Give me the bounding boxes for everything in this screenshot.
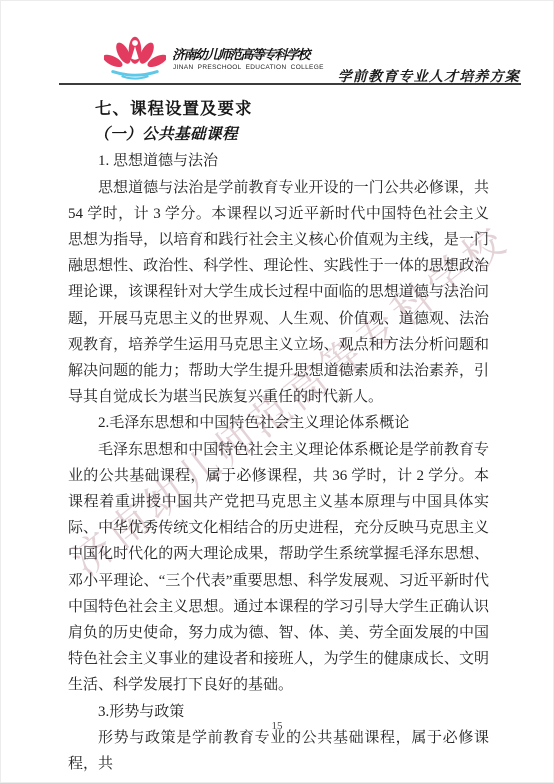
course-description-1: 思想道德与法治是学前教育专业开设的一门公共必修课，共 54 学时，计 3 学分。…: [68, 175, 489, 411]
document-page: 济南幼儿师范高等专科学校 济南幼儿师范高等专科学校 JINAN PRESCHOO…: [0, 0, 554, 783]
header-divider-line: [59, 83, 521, 85]
course-description-2: 毛泽东思想和中国特色社会主义理论体系概论是学前教育专业的公共基础课程，属于必修课…: [68, 437, 489, 699]
course-block: 3.形势与政策 形势与政策是学前教育专业的公共基础课程，属于必修课程，共: [68, 699, 489, 778]
course-heading-1: 1. 思想道德与法治: [68, 148, 489, 174]
page-number: 15: [0, 720, 554, 732]
subsection-title: （一）公共基础课程: [68, 122, 489, 148]
page-body: 七、课程设置及要求 （一）公共基础课程 1. 思想道德与法治 思想道德与法治是学…: [68, 96, 489, 777]
school-name-english: JINAN PRESCHOOL EDUCATION COLLEGE: [173, 64, 324, 71]
school-logo-lotus-icon: [104, 34, 166, 82]
section-title: 七、课程设置及要求: [68, 96, 489, 122]
course-block: 2.毛泽东思想和中国特色社会主义理论体系概论 毛泽东思想和中国特色社会主义理论体…: [68, 410, 489, 698]
course-heading-2: 2.毛泽东思想和中国特色社会主义理论体系概论: [68, 410, 489, 436]
school-name-chinese: 济南幼儿师范高等专科学校: [172, 44, 309, 63]
course-description-3: 形势与政策是学前教育专业的公共基础课程，属于必修课程，共: [68, 725, 489, 777]
course-block: 1. 思想道德与法治 思想道德与法治是学前教育专业开设的一门公共必修课，共 54…: [68, 148, 489, 410]
